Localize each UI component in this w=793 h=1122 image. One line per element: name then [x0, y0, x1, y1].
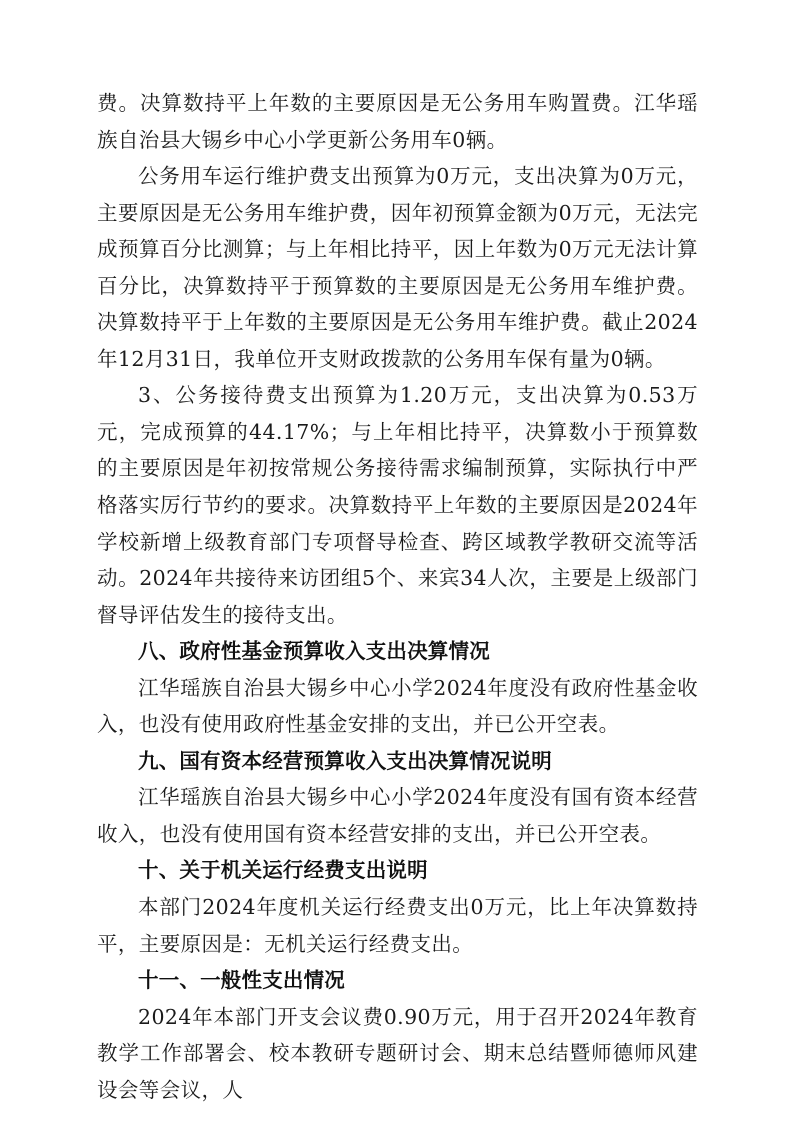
- paragraph-general-expense: 2024年本部门开支会议费0.90万元，用于召开2024年教育教学工作部署会、校…: [97, 999, 698, 1109]
- paragraph-state-capital: 江华瑶族自治县大锡乡中心小学2024年度没有国有资本经营收入，也没有使用国有资本…: [97, 779, 698, 852]
- document-page: 费。决算数持平上年数的主要原因是无公务用车购置费。江华瑶族自治县大锡乡中心小学更…: [97, 85, 698, 1108]
- paragraph-government-fund: 江华瑶族自治县大锡乡中心小学2024年度没有政府性基金收入，也没有使用政府性基金…: [97, 670, 698, 743]
- section-heading-general-expense: 十一、一般性支出情况: [97, 962, 698, 999]
- section-heading-state-capital: 九、国有资本经营预算收入支出决算情况说明: [97, 743, 698, 780]
- paragraph-reception-expense: 3、公务接待费支出预算为1.20万元，支出决算为0.53万元，完成预算的44.1…: [97, 377, 698, 633]
- section-heading-operating-expense: 十、关于机关运行经费支出说明: [97, 852, 698, 889]
- paragraph-vehicle-maintenance: 公务用车运行维护费支出预算为0万元，支出决算为0万元，主要原因是无公务用车维护费…: [97, 158, 698, 377]
- paragraph-vehicle-purchase-continued: 费。决算数持平上年数的主要原因是无公务用车购置费。江华瑶族自治县大锡乡中心小学更…: [97, 85, 698, 158]
- paragraph-operating-expense: 本部门2024年度机关运行经费支出0万元，比上年决算数持平，主要原因是：无机关运…: [97, 889, 698, 962]
- section-heading-government-fund: 八、政府性基金预算收入支出决算情况: [97, 633, 698, 670]
